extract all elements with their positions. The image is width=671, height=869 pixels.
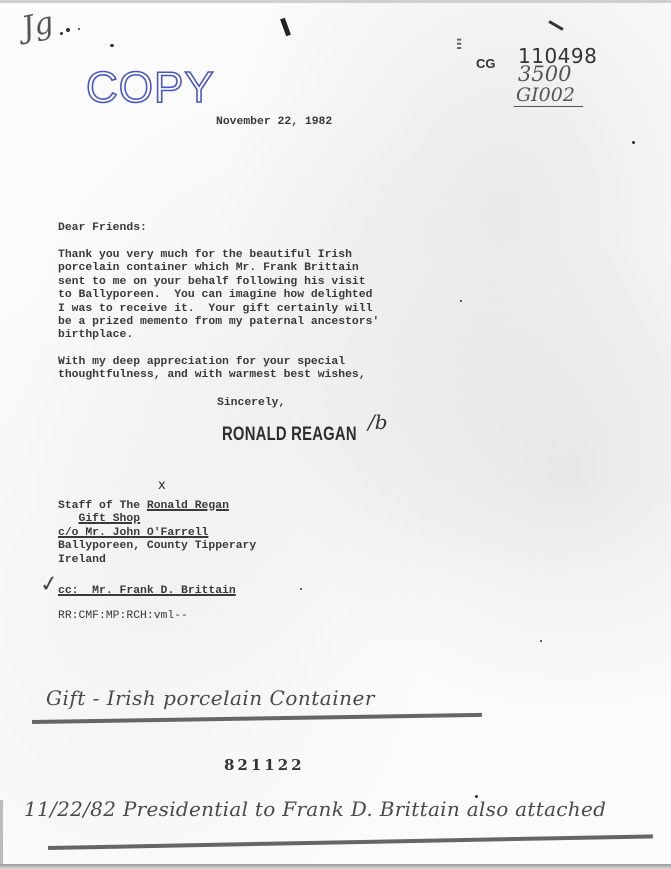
cg-stamp: CG — [476, 56, 496, 71]
scan-left-edge — [0, 800, 3, 869]
body-paragraph: Thank you very much for the beautiful Ir… — [58, 249, 379, 343]
ink-mark — [280, 18, 291, 37]
complimentary-close: Sincerely, — [217, 397, 285, 410]
address-line1-name: Ronald Regan — [147, 500, 229, 512]
scan-bottom-border — [0, 864, 671, 869]
ink-scribble — [548, 20, 563, 31]
handwritten-gift-note: Gift - Irish porcelain Container — [46, 686, 375, 710]
address-line5: Ireland — [58, 554, 106, 566]
scan-speck — [632, 141, 635, 144]
underline-rule — [48, 834, 653, 850]
address-line2: Gift Shop — [79, 513, 141, 525]
salutation: Dear Friends: — [58, 222, 147, 235]
reference-initials: RR:CMF:MP:RCH:vml-- — [58, 610, 188, 623]
scan-speck — [110, 44, 114, 47]
signature-name: RONALD REAGAN — [222, 424, 357, 446]
address-line4: Ballyporeen, County Tipperary — [58, 540, 256, 552]
scanned-letter-page: Jg COPY ▮▮▮ CG 110498 3500 GI002 Novembe… — [0, 0, 671, 869]
checkmark-icon: ✓ — [38, 571, 60, 598]
underline-rule — [32, 713, 482, 724]
scan-speck — [66, 28, 70, 32]
date-stamp-number: 821122 — [224, 756, 305, 774]
vertical-stamp-mark: ▮▮▮ — [455, 37, 464, 50]
scan-top-border — [0, 0, 671, 3]
copy-stamp: COPY — [86, 66, 215, 110]
handwritten-initials: Jg — [19, 5, 57, 46]
scan-speck — [460, 300, 462, 302]
scan-speck — [300, 588, 302, 590]
recipient-address: Staff of The Ronald Regan Gift Shop c/o … — [58, 500, 256, 567]
scan-speck — [60, 32, 63, 35]
cc-line: cc: Mr. Frank D. Brittain — [58, 585, 236, 598]
address-line3: c/o Mr. John O'Farrell — [58, 527, 208, 539]
autopen-mark: /b — [368, 410, 388, 434]
letter-date: November 22, 1982 — [216, 116, 332, 129]
scan-speck — [540, 640, 542, 642]
address-line1-prefix: Staff of The — [58, 500, 147, 512]
handwritten-subject-code: GI002 — [514, 84, 583, 107]
scan-speck — [78, 28, 80, 30]
handwritten-bottom-note: 11/22/82 Presidential to Frank D. Britta… — [24, 797, 606, 821]
x-mark: x — [158, 478, 166, 493]
closing-paragraph: With my deep appreciation for your speci… — [58, 356, 366, 383]
handwritten-category-code: 3500 — [518, 62, 571, 86]
